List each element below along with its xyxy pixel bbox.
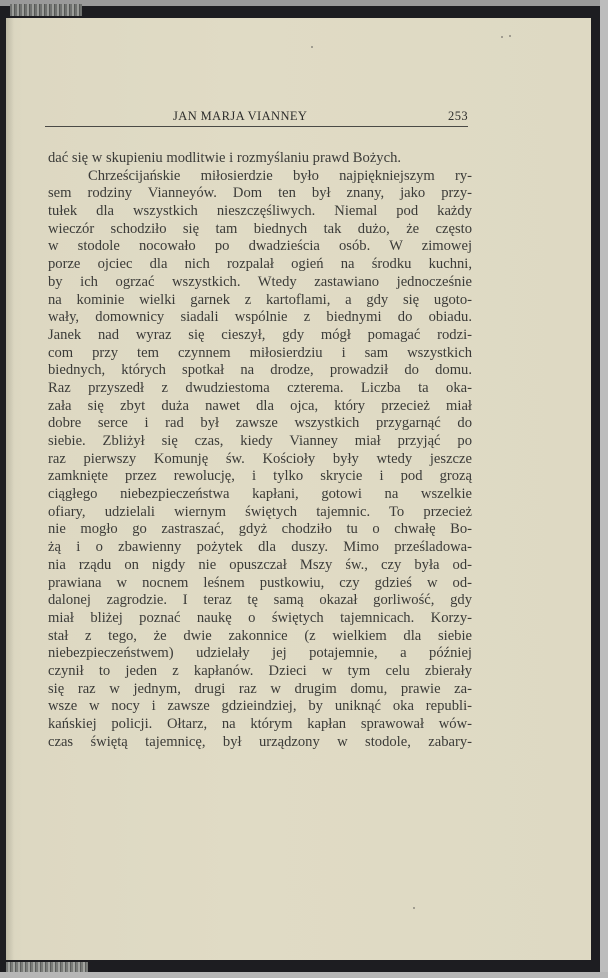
text-line: Chrześcijańskie miłosierdzie było najpię… bbox=[48, 168, 472, 186]
scan-texture bbox=[10, 4, 82, 16]
text-line: na kominie wielki garnek z kartoflami, a… bbox=[48, 292, 472, 310]
text-line: kańskiej policji. Ołtarz, na którym kapł… bbox=[48, 716, 472, 734]
running-head: JAN MARJA VIANNEY 253 bbox=[45, 108, 468, 127]
text-line: nie mogło go zastraszać, gdyż chodziło t… bbox=[48, 521, 472, 539]
running-head-title: JAN MARJA VIANNEY bbox=[173, 109, 307, 124]
text-line: raz pierwszy Komunję św. Kościoły były w… bbox=[48, 451, 472, 469]
text-line: w stodole nocowało po dwadzieścia osób. … bbox=[48, 238, 472, 256]
text-line: się raz w jednym, drugi raz w drugim dom… bbox=[48, 681, 472, 699]
paper-speck bbox=[509, 35, 511, 37]
body-text: dać się w skupieniu modlitwie i rozmyśla… bbox=[48, 150, 472, 751]
page-number: 253 bbox=[448, 109, 468, 124]
text-line: Janek nad wyraz się cieszył, gdy mógł po… bbox=[48, 327, 472, 345]
text-line: niebezpieczeństwem) udzielały jej potaje… bbox=[48, 645, 472, 663]
text-line: biednych, których spotkał na drodze, pro… bbox=[48, 362, 472, 380]
text-line: com przy tem czynnem miłosierdziu i sam … bbox=[48, 345, 472, 363]
paper-speck bbox=[311, 46, 313, 48]
text-line: ciągłego niebezpieczeństwa kapłani, goto… bbox=[48, 486, 472, 504]
paper-speck bbox=[501, 36, 503, 38]
paper-speck bbox=[413, 907, 415, 909]
text-line: ofiary, udzielali wiernym świętych tajem… bbox=[48, 504, 472, 522]
text-line: dać się w skupieniu modlitwie i rozmyśla… bbox=[48, 150, 472, 168]
text-line: siebie. Zbliżył się czas, kiedy Vianney … bbox=[48, 433, 472, 451]
text-line: wieczór schodziło się tam biednych tak d… bbox=[48, 221, 472, 239]
scan-texture bbox=[6, 962, 88, 972]
scan-right-margin bbox=[600, 0, 608, 978]
text-line: dobre serce i rad był zawsze wszystkich … bbox=[48, 415, 472, 433]
text-line: czas świętą tajemnicę, był urządzony w s… bbox=[48, 734, 472, 752]
text-line: Raz przyszedł z dwudziestoma czterema. L… bbox=[48, 380, 472, 398]
text-line: miał bliżej poznać naukę o świętych taje… bbox=[48, 610, 472, 628]
text-line: zamknięte przez rewolucję, i tylko skryc… bbox=[48, 468, 472, 486]
text-line: prawiana w nocnem leśnem pustkowiu, czy … bbox=[48, 575, 472, 593]
text-line: porze ojciec dla nich rozpalał ogień na … bbox=[48, 256, 472, 274]
text-line: wsze w nocy i zawsze gdzieindziej, by un… bbox=[48, 698, 472, 716]
text-line: by ich ogrzać wszystkich. Wtedy zastawia… bbox=[48, 274, 472, 292]
text-line: żą i o zbawienny pożytek dla duszy. Mimo… bbox=[48, 539, 472, 557]
text-line: czynił to jeden z kapłanów. Dzieci w tym… bbox=[48, 663, 472, 681]
text-line: dalonej zagrodzie. I teraz tę samą okaza… bbox=[48, 592, 472, 610]
text-line: zała się zbyt duża nawet dla ojca, który… bbox=[48, 398, 472, 416]
text-line: tułek dla wszystkich nieszczęśliwych. Ni… bbox=[48, 203, 472, 221]
text-line: nia rządu on nigdy nie opuszczał Mszy św… bbox=[48, 557, 472, 575]
scan-bottom-margin bbox=[0, 972, 608, 978]
text-line: wały, domownicy siadali wspólnie z biedn… bbox=[48, 309, 472, 327]
scan-top-strip bbox=[0, 0, 600, 6]
text-line: stał z tego, że dwie zakonnice (z wielki… bbox=[48, 628, 472, 646]
text-line: sem rodziny Vianneyów. Dom ten był znany… bbox=[48, 185, 472, 203]
